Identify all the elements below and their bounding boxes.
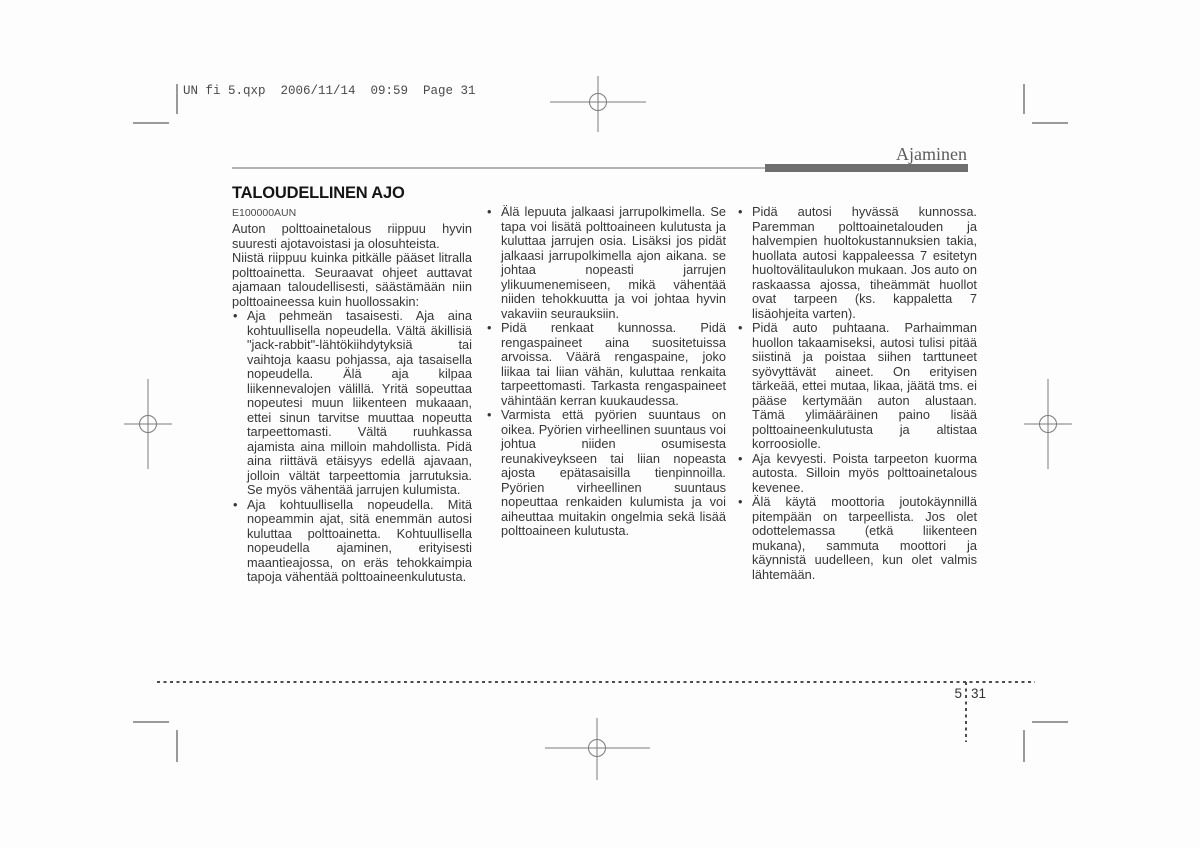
paragraph: Auton polttoainetalous riippuu hyvin suu… [232,222,472,251]
section-title: TALOUDELLINEN AJO [232,185,472,202]
bullet-item: Älä käytä moottoria joutokäynnillä pitem… [737,495,977,582]
crop-mark-bottom-left-horizontal [133,721,169,723]
bullet-item: Varmista että pyörien suuntaus on oikea.… [486,408,726,539]
bullet-item: Pidä auto puhtaana. Parhaimman huollon t… [737,321,977,452]
footer-page-number: 31 [971,686,986,701]
crop-mark-top-right-horizontal [1032,122,1068,124]
text-column-3: Pidä autosi hyvässä kunnossa. Paremman p… [737,205,977,582]
section-code: E100000AUN [232,207,472,219]
bullet-item: Pidä autosi hyvässä kunnossa. Paremman p… [737,205,977,321]
paragraph: Niistä riippuu kuinka pitkälle pääset li… [232,251,472,309]
bullet-item: Pidä renkaat kunnossa. Pidä rengaspainee… [486,321,726,408]
crop-mark-top-left-horizontal [133,122,169,124]
header-rule-thin [232,167,766,169]
registration-mark-top-center-icon [550,76,646,132]
footer-dashed-rule [157,681,1035,683]
registration-mark-bottom-center-icon [545,718,650,780]
bullet-item: Aja kevyesti. Poista tarpeeton kuorma au… [737,452,977,496]
crop-mark-top-left-vertical [176,84,178,114]
registration-mark-right-middle-icon [1024,379,1072,469]
bullet-list: Aja pehmeän tasaisesti. Aja aina kohtuul… [232,309,472,585]
text-column-2: Älä lepuuta jalkaasi jarrupolkimella. Se… [486,205,726,539]
crop-mark-bottom-right-horizontal [1032,721,1068,723]
bullet-list: Älä lepuuta jalkaasi jarrupolkimella. Se… [486,205,726,539]
crop-mark-bottom-right-vertical [1023,730,1025,762]
registration-mark-left-middle-icon [124,379,172,469]
bullet-item: Älä lepuuta jalkaasi jarrupolkimella. Se… [486,205,726,321]
print-file-info: UN fi 5.qxp 2006/11/14 09:59 Page 31 [183,84,476,98]
footer-section-number: 5 [948,686,962,701]
bullet-item: Aja kohtuullisella nopeudella. Mitä nope… [232,498,472,585]
footer-dashed-divider [965,682,967,742]
header-rule-bar [765,164,968,172]
text-column-1: TALOUDELLINEN AJO E100000AUN Auton poltt… [232,185,472,585]
bullet-item: Aja pehmeän tasaisesti. Aja aina kohtuul… [232,309,472,498]
chapter-title: Ajaminen [896,144,967,165]
bullet-list: Pidä autosi hyvässä kunnossa. Paremman p… [737,205,977,582]
crop-mark-top-right-vertical [1023,84,1025,114]
crop-mark-bottom-left-vertical [176,730,178,762]
